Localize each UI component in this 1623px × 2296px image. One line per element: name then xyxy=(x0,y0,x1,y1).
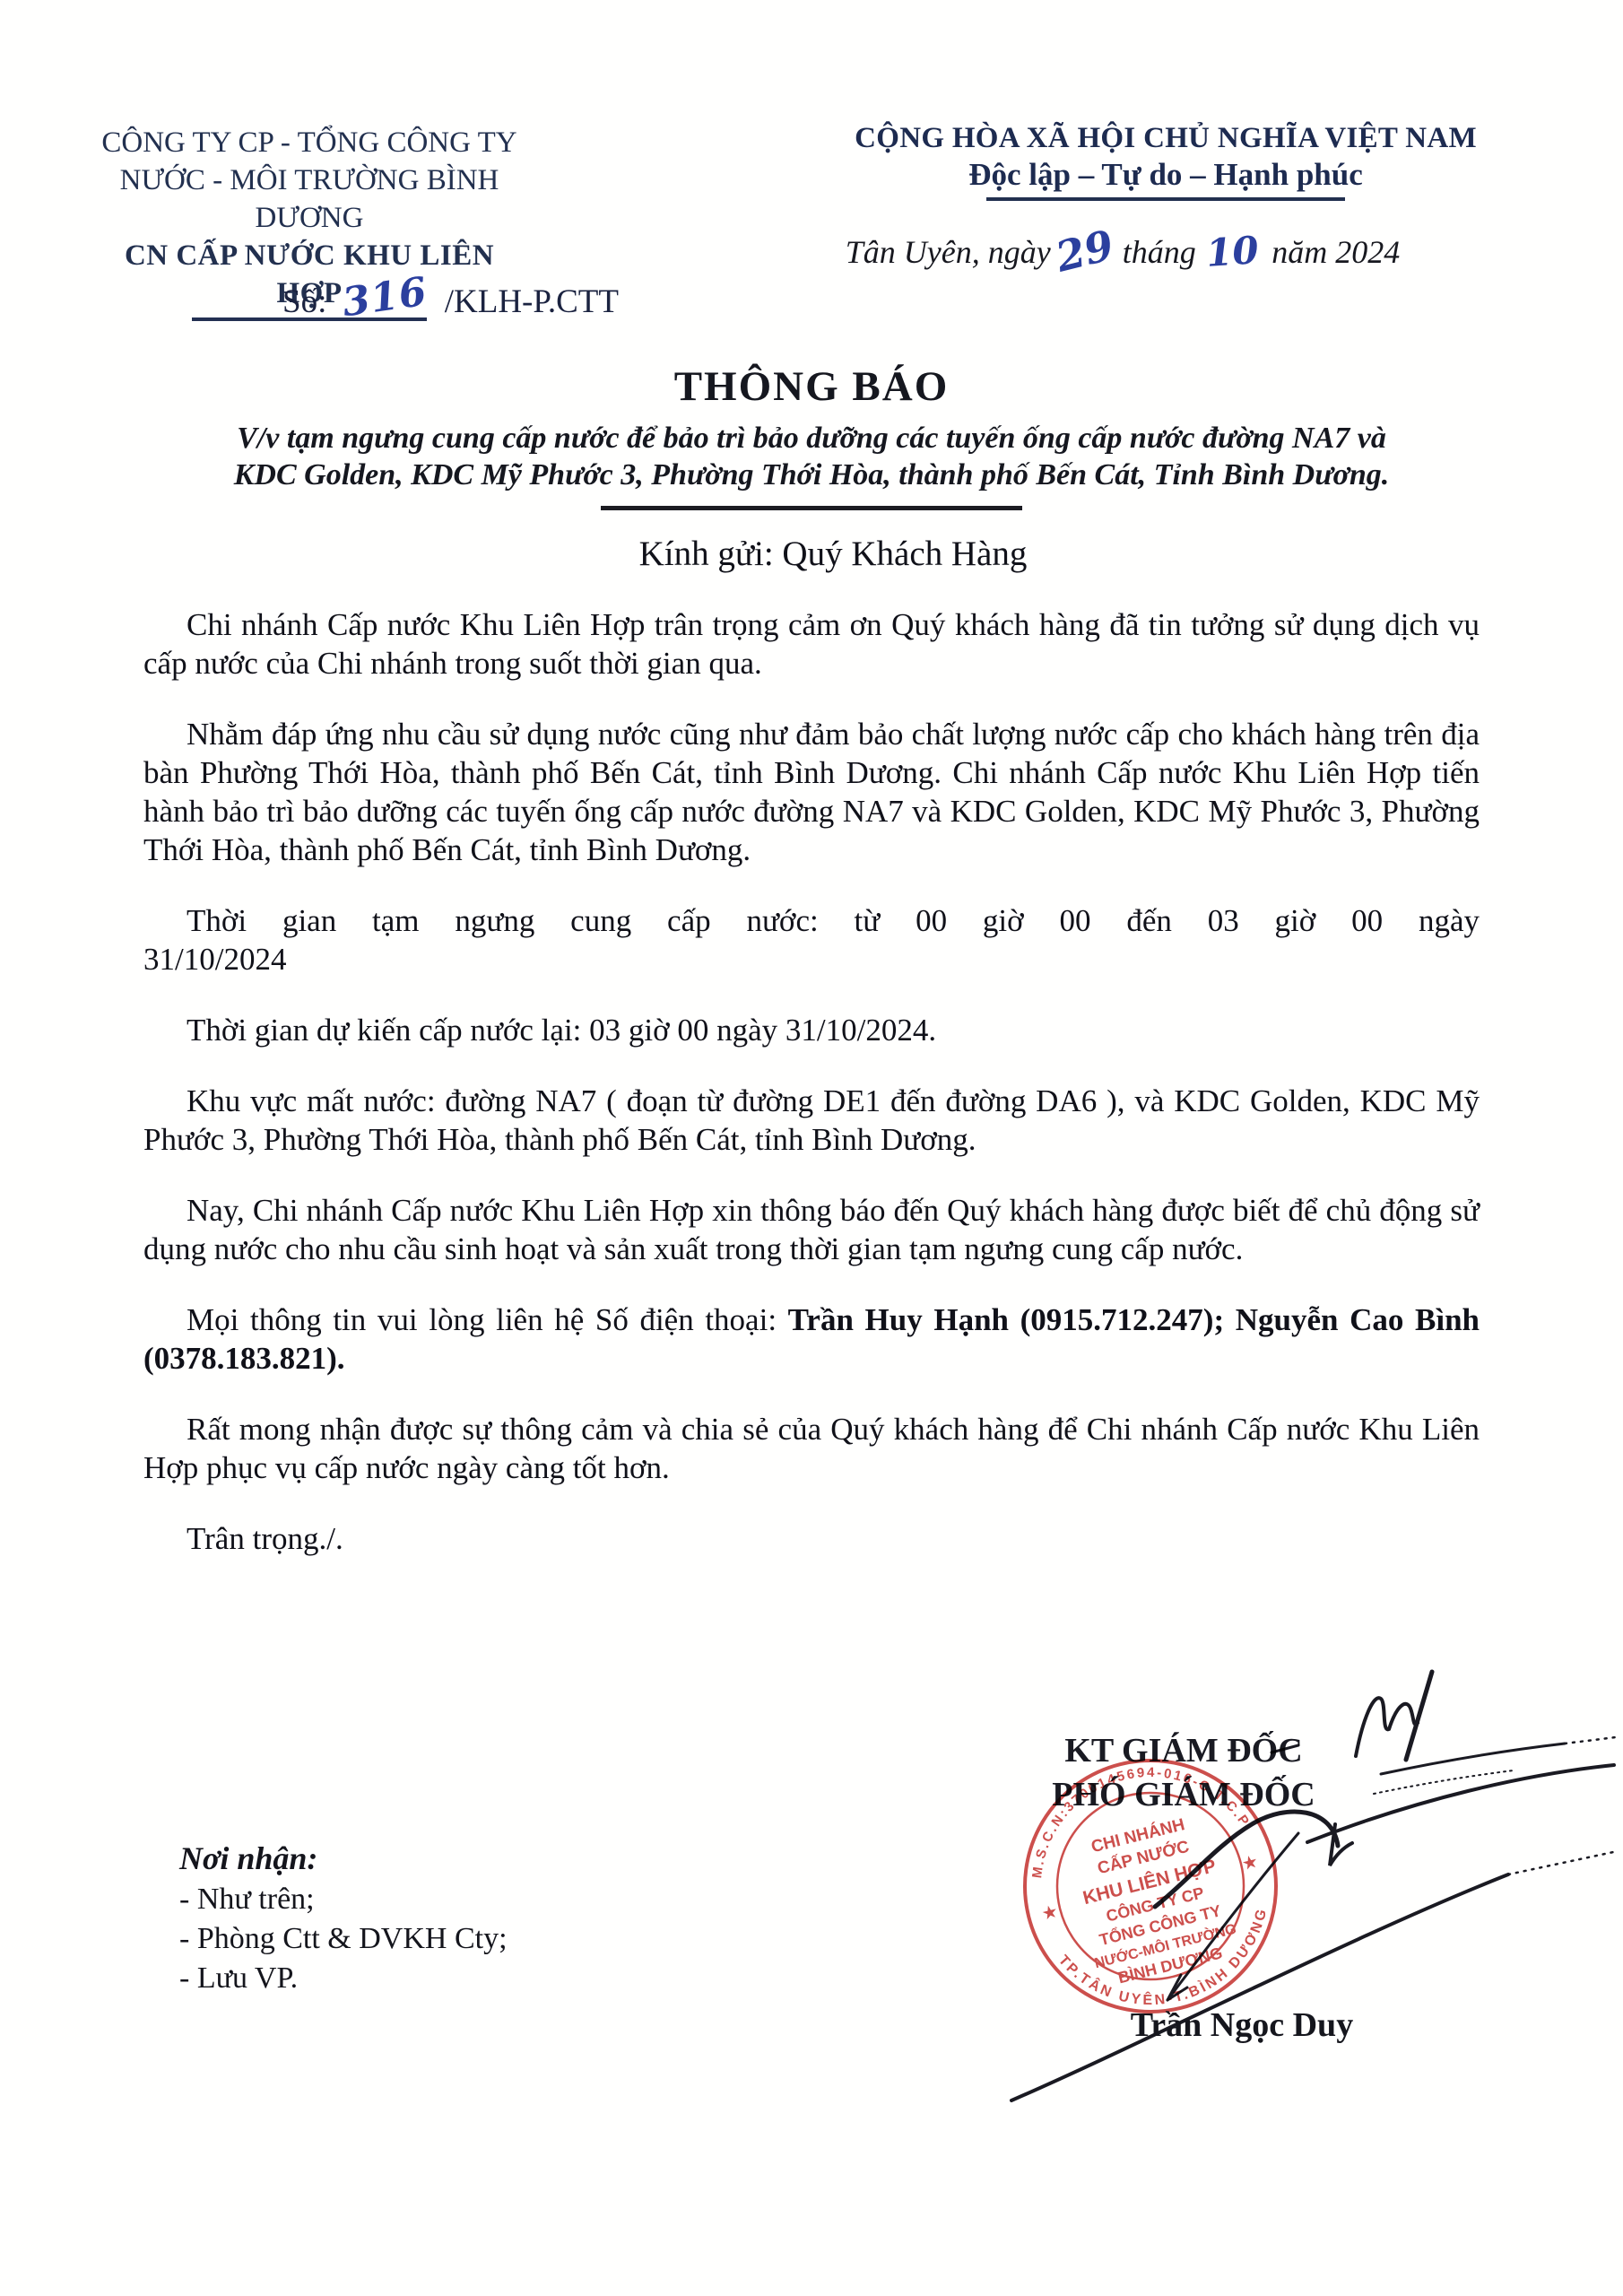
date-year: năm 2024 xyxy=(1271,234,1400,270)
date-line: Tân Uyên, ngày 29 tháng 10 năm 2024 xyxy=(768,224,1477,273)
paragraph: Chi nhánh Cấp nước Khu Liên Hợp trân trọ… xyxy=(143,605,1480,683)
national-motto: Độc lập – Tự do – Hạnh phúc xyxy=(811,156,1520,194)
paragraph-affected-area: Khu vực mất nước: đường NA7 ( đoạn từ đư… xyxy=(143,1082,1480,1159)
contact-prefix: Mọi thông tin vui lòng liên hệ Số điện t… xyxy=(187,1302,788,1337)
date-place: Tân Uyên, ngày xyxy=(846,234,1051,270)
paragraph: Nay, Chi nhánh Cấp nước Khu Liên Hợp xin… xyxy=(143,1191,1480,1268)
recipients-block: Nơi nhận: - Như trên; - Phòng Ctt & DVKH… xyxy=(179,1839,508,1998)
recipient-item: - Phòng Ctt & DVKH Cty; xyxy=(179,1919,508,1959)
handwritten-day: 29 xyxy=(1051,221,1118,282)
date-month-label: tháng xyxy=(1123,234,1196,270)
national-header: CỘNG HÒA XÃ HỘI CHỦ NGHĨA VIỆT NAM Độc l… xyxy=(811,120,1520,273)
closing: Trân trọng./. xyxy=(143,1519,1480,1558)
document-title: THÔNG BÁO xyxy=(143,362,1480,411)
org-name-line1: CÔNG TY CP - TỔNG CÔNG TY xyxy=(99,124,520,161)
salutation: Kính gửi: Quý Khách Hàng xyxy=(143,535,1480,573)
subject-line2: KDC Golden, KDC Mỹ Phước 3, Phường Thới … xyxy=(143,457,1480,493)
paragraph: Nhằm đáp ứng nhu cầu sử dụng nước cũng n… xyxy=(143,715,1480,869)
paragraph-restore-time: Thời gian dự kiến cấp nước lại: 03 giờ 0… xyxy=(143,1011,1480,1049)
paragraph: Rất mong nhận được sự thông cảm và chia … xyxy=(143,1410,1480,1487)
document-body: Kính gửi: Quý Khách Hàng Chi nhánh Cấp n… xyxy=(143,535,1480,1558)
paragraph-contact: Mọi thông tin vui lòng liên hệ Số điện t… xyxy=(143,1300,1480,1378)
recipients-label: Nơi nhận: xyxy=(179,1839,508,1878)
paragraph-outage-time: Thời gian tạm ngưng cung cấp nước: từ 00… xyxy=(143,901,1480,978)
national-title: CỘNG HÒA XÃ HỘI CHỦ NGHĨA VIỆT NAM xyxy=(811,120,1520,156)
signer-name: Trần Ngọc Duy xyxy=(1098,2005,1385,2045)
scan-page: CÔNG TY CP - TỔNG CÔNG TY NƯỚC - MÔI TRƯ… xyxy=(0,0,1623,2296)
document-subject: V/v tạm ngưng cung cấp nước để bảo trì b… xyxy=(143,420,1480,510)
ref-label: Số: xyxy=(282,283,326,320)
reference-number: Số: 316 /KLH-P.CTT xyxy=(282,276,619,322)
org-name-line2: NƯỚC - MÔI TRƯỜNG BÌNH DƯƠNG xyxy=(99,161,520,237)
recipient-item: - Lưu VP. xyxy=(179,1959,508,1998)
ref-code: /KLH-P.CTT xyxy=(445,283,619,320)
subject-line1: V/v tạm ngưng cung cấp nước để bảo trì b… xyxy=(143,420,1480,457)
subject-divider xyxy=(601,506,1022,510)
handwritten-month: 10 xyxy=(1204,228,1260,275)
recipient-item: - Như trên; xyxy=(179,1880,508,1919)
handwritten-signature xyxy=(933,1666,1623,2169)
national-header-divider xyxy=(986,197,1345,201)
handwritten-ref-number: 316 xyxy=(339,269,430,326)
